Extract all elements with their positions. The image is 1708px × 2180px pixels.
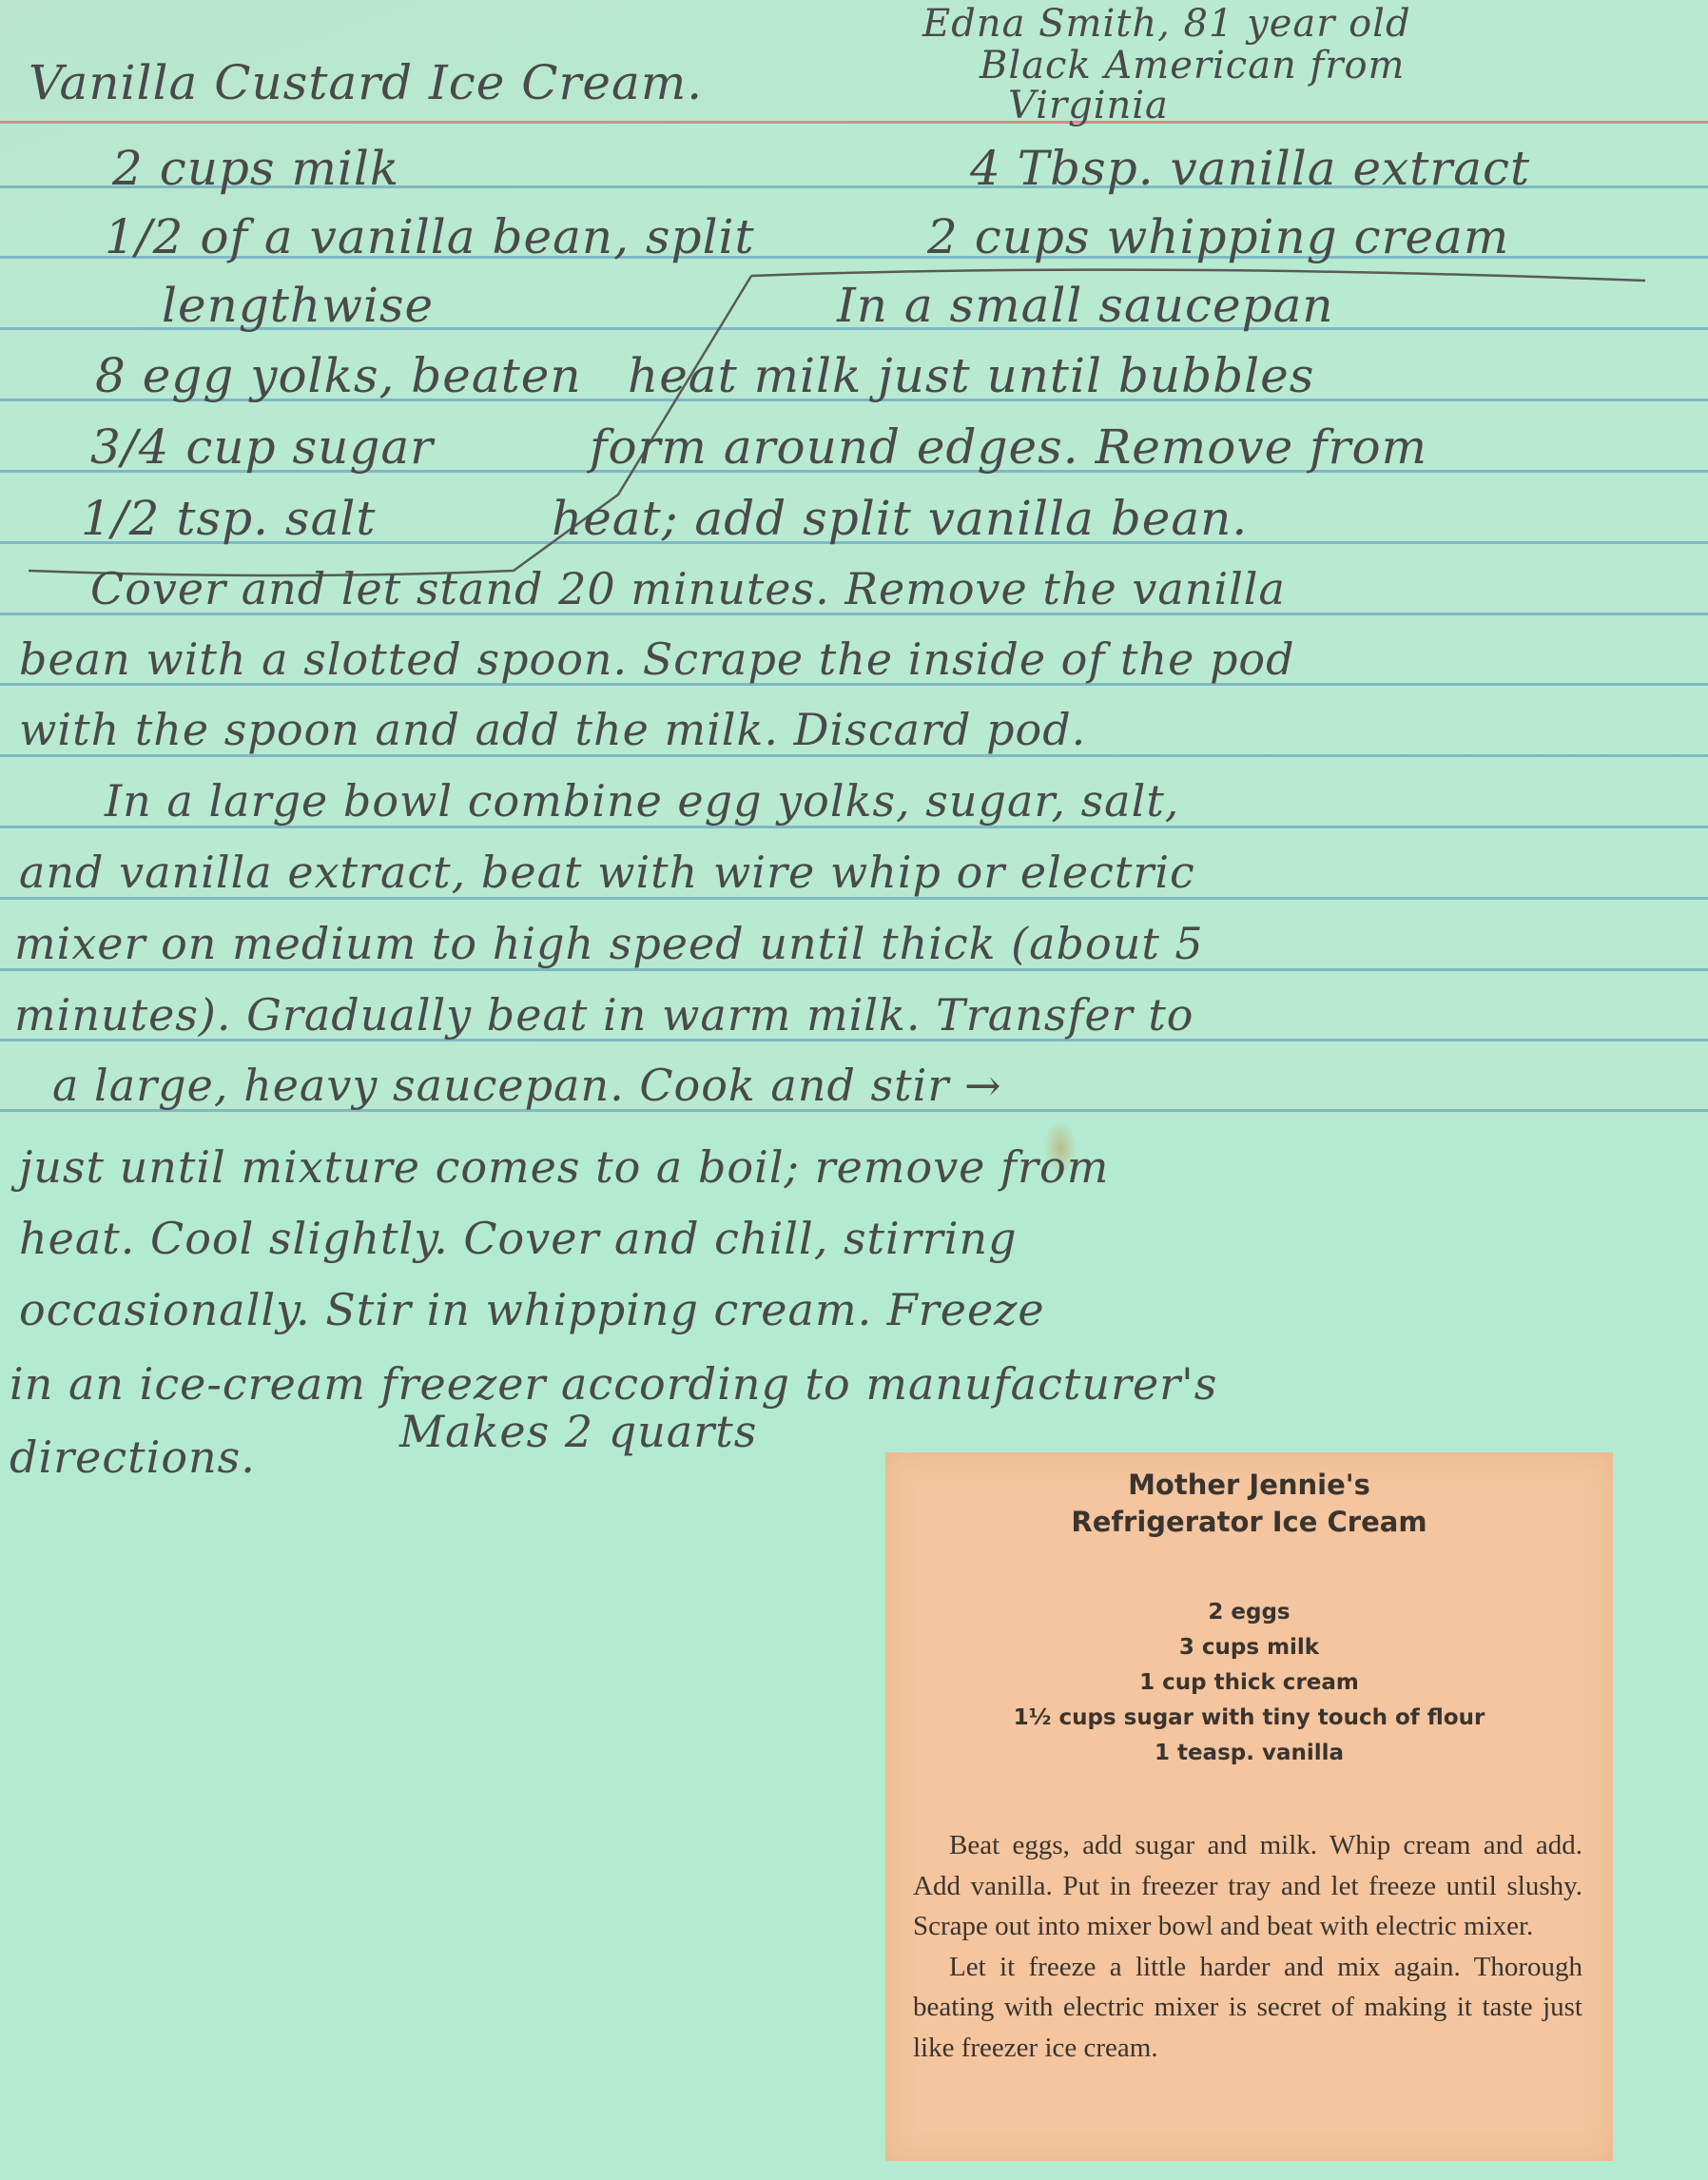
ingredient-vanilla-bean-cont: lengthwise (162, 278, 434, 333)
ingredient-vanilla-extract: 4 Tbsp. vanilla extract (970, 141, 1530, 196)
clipping-ingredient: 1½ cups sugar with tiny touch of flour (885, 1705, 1613, 1730)
boxed-instruction-3: form around edges. Remove from (590, 419, 1427, 475)
ingredient-salt: 1/2 tsp. salt (81, 491, 376, 546)
clipping-body: Beat eggs, add sugar and milk. Whip crea… (913, 1825, 1582, 2068)
ingredient-sugar: 3/4 cup sugar (90, 419, 434, 475)
card-title: Vanilla Custard Ice Cream. (29, 55, 703, 110)
clipping-ingredient: 3 cups milk (885, 1635, 1613, 1660)
ingredient-vanilla-bean: 1/2 of a vanilla bean, split (105, 209, 755, 264)
clipping-title-line-2: Refrigerator Ice Cream (885, 1506, 1613, 1538)
attribution-line-2: Black American from (980, 44, 1405, 88)
instruction-line: minutes). Gradually beat in warm milk. T… (14, 989, 1194, 1041)
clipping-paragraph: Beat eggs, add sugar and milk. Whip crea… (913, 1825, 1582, 1947)
instruction-line: a large, heavy saucepan. Cook and stir → (52, 1060, 1002, 1111)
instruction-line: heat. Cool slightly. Cover and chill, st… (19, 1213, 1018, 1264)
instruction-line: and vanilla extract, beat with wire whip… (19, 847, 1195, 898)
instruction-line: in an ice-cream freezer according to man… (10, 1358, 1217, 1410)
instruction-line: Cover and let stand 20 minutes. Remove t… (90, 563, 1286, 614)
instruction-line: In a large bowl combine egg yolks, sugar… (105, 775, 1179, 827)
boxed-instruction-1: In a small saucepan (837, 278, 1334, 333)
yield-note: Makes 2 quarts (399, 1406, 757, 1457)
instruction-line: with the spoon and add the milk. Discard… (19, 704, 1086, 755)
clipping-paragraph: Let it freeze a little harder and mix ag… (913, 1947, 1582, 2069)
instruction-line: mixer on medium to high speed until thic… (14, 918, 1204, 969)
instruction-line: directions. (10, 1431, 256, 1483)
clipping-ingredient: 2 eggs (885, 1600, 1613, 1625)
ingredient-egg-yolks: 8 egg yolks, beaten (95, 348, 582, 403)
instruction-line: bean with a slotted spoon. Scrape the in… (19, 633, 1295, 685)
clipping-title-line-1: Mother Jennie's (885, 1469, 1613, 1501)
instruction-line: occasionally. Stir in whipping cream. Fr… (19, 1284, 1045, 1335)
attribution-line-1: Edna Smith, 81 year old (922, 2, 1411, 46)
boxed-instruction-2: heat milk just until bubbles (628, 348, 1314, 403)
instruction-line: just until mixture comes to a boil; remo… (19, 1141, 1109, 1193)
boxed-instruction-4: heat; add split vanilla bean. (552, 491, 1248, 546)
clipping-ingredient: 1 teasp. vanilla (885, 1741, 1613, 1765)
ingredient-milk: 2 cups milk (112, 141, 399, 196)
ingredient-whipping-cream: 2 cups whipping cream (927, 209, 1509, 264)
attribution-line-3: Virginia (1008, 84, 1169, 127)
clipping-ingredient: 1 cup thick cream (885, 1670, 1613, 1695)
newspaper-clipping: Mother Jennie's Refrigerator Ice Cream 2… (885, 1452, 1613, 2161)
